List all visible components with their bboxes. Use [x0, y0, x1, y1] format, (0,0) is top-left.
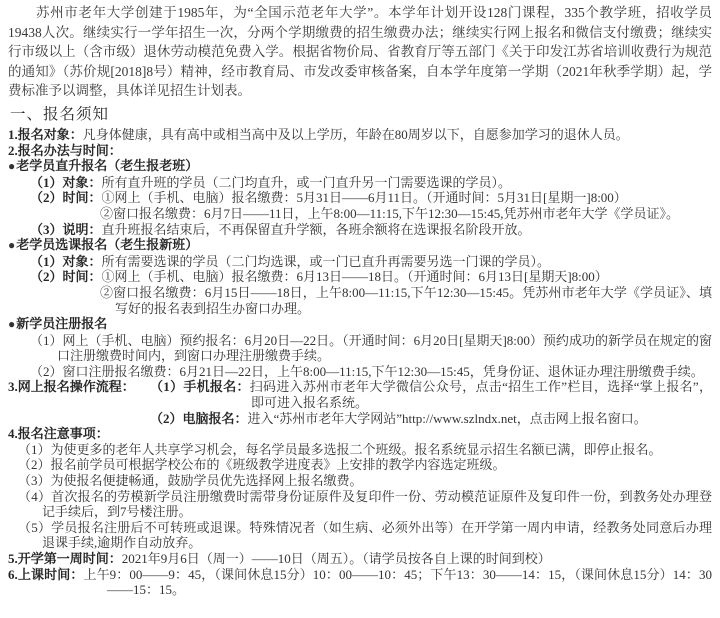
direct-object-label: （1）对象： — [30, 175, 102, 190]
direct-enroll-time: （2）时间：①网上（手机、电脑）报名缴费：5月31日——6月11日。（开通时间：… — [30, 190, 712, 206]
new-student-title-text: 新学员注册报名 — [16, 316, 107, 331]
direct-object-text: 所有直升班的学员（二门均直升，或一门直升另一门需要选课的学员）。 — [102, 175, 512, 190]
intro-paragraph: 苏州市老年大学创建于1985年，为“全国示范老年大学”。本学年计划开设128门课… — [8, 3, 712, 101]
pc-enroll-step: （2）电脑报名：进入“苏州市老年大学网站”http://www.szlndx.n… — [150, 411, 712, 427]
section-heading: 一、报名须知 — [10, 104, 712, 125]
direct-enroll-title: ●老学员直升报名（老生报老班） — [8, 158, 712, 175]
enroll-method-item: 2.报名办法与时间： — [8, 143, 712, 159]
direct-window-time: ②窗口报名缴费：6月7日——11日，上午8:00—11:15,下午12:30—1… — [100, 206, 712, 222]
elective-enroll-title: ●老学员选课报名（老生报新班） — [8, 237, 712, 254]
direct-enroll-note: （3）说明：直升班报名结束后，不再保留直升学额，各班余额将在选课报名阶段开放。 — [30, 222, 712, 238]
class-time-label: 6.上课时间： — [8, 567, 83, 582]
first-week-text: 2021年9月6日（周一）——10日（周五）。（请学员按各自上课的时间到校） — [122, 551, 551, 566]
direct-enroll-title-text: 老学员直升报名（老生报老班） — [16, 158, 198, 173]
online-flow-steps: （1）手机报名：扫码进入苏州市老年大学微信公众号，点击“招生工作”栏目，选择“掌… — [150, 379, 712, 426]
note-item-3: （3）为使报名便捷畅通，鼓励学员优先选择网上报名缴费。 — [18, 473, 712, 489]
new-student-title: ●新学员注册报名 — [8, 316, 712, 333]
new-student-online-label: （1） — [30, 333, 63, 348]
class-time-item: 6.上课时间：上午9：00——9：45，（课间休息15分）10：00——10：4… — [8, 567, 712, 598]
new-student-online-text: 网上（手机、电脑）预约报名：6月20日—22日。（开通时间：6月20日[星期天]… — [57, 333, 712, 364]
elective-enroll-time: （2）时间：①网上（手机、电脑）报名缴费：6月13日——18日。（开通时间：6月… — [30, 269, 712, 285]
first-week-label: 5.开学第一周时间： — [8, 551, 122, 566]
new-student-window-label: （2） — [30, 364, 63, 379]
notes-title: 4.报名注意事项： — [8, 426, 712, 442]
online-flow-label: 3.网上报名操作流程： — [8, 379, 150, 426]
phone-enroll-text: 扫码进入苏州市老年大学微信公众号，点击“招生工作”栏目，选择“掌上报名”，即可进… — [250, 379, 712, 410]
new-student-online-item: （1）网上（手机、电脑）预约报名：6月20日—22日。（开通时间：6月20日[星… — [30, 333, 712, 364]
enrollment-notice-page: { "colors": { "background": "#ffffff", "… — [0, 0, 720, 618]
enroll-target-text: 凡身体健康，具有高中或相当高中及以上学历，年龄在80周岁以下，自愿参加学习的退休… — [83, 127, 629, 142]
note-item-2: （2）报名前学员可根据学校公布的《班级教学进度表》上安排的教学内容选定班级。 — [18, 457, 712, 473]
direct-enroll-object: （1）对象：所有直升班的学员（二门均直升，或一门直升另一门需要选课的学员）。 — [30, 175, 712, 191]
direct-time-text: ①网上（手机、电脑）报名缴费：5月31日——6月11日。（开通时间：5月31日[… — [102, 190, 627, 205]
bullet-icon: ● — [8, 317, 15, 331]
enroll-target-item: 1.报名对象：凡身体健康，具有高中或相当高中及以上学历，年龄在80周岁以下，自愿… — [8, 127, 712, 143]
new-student-window-item: （2）窗口注册报名缴费：6月21日—22日，上午8:00—11:15,下午12:… — [30, 364, 712, 380]
phone-enroll-step: （1）手机报名：扫码进入苏州市老年大学微信公众号，点击“招生工作”栏目，选择“掌… — [150, 379, 712, 410]
elective-enroll-object: （1）对象：所有需要选课的学员（二门均选课，或一门已直升再需要另选一门课的学员）… — [30, 254, 712, 270]
note-item-4: （4）首次报名的劳模新学员注册缴费时需带身份证原件及复印件一份、劳动模范证原件及… — [18, 489, 712, 520]
direct-note-text: 直升班报名结束后，不再保留直升学额，各班余额将在选课报名阶段开放。 — [102, 222, 531, 237]
pc-enroll-label: （2）电脑报名： — [150, 411, 248, 426]
bullet-icon: ● — [8, 159, 15, 173]
direct-time-label: （2）时间： — [30, 190, 102, 205]
note-item-5: （5）学员报名注册后不可转班或退课。特殊情况者（如生病、必须外出等）在开学第一周… — [18, 520, 712, 551]
bullet-icon: ● — [8, 238, 15, 252]
elective-window-time: ②窗口报名缴费：6月15日——18日，上午8:00—11:15,下午12:30—… — [100, 285, 712, 316]
note-item-1: （1）为使更多的老年人共享学习机会，每名学员最多选报二个班级。报名系统显示招生名… — [18, 442, 712, 458]
direct-note-label: （3）说明： — [30, 222, 102, 237]
first-week-item: 5.开学第一周时间：2021年9月6日（周一）——10日（周五）。（请学员按各自… — [8, 551, 712, 567]
enroll-target-label: 1.报名对象： — [8, 127, 83, 142]
new-student-window-text: 窗口注册报名缴费：6月21日—22日，上午8:00—11:15,下午12:30—… — [63, 364, 704, 379]
pc-enroll-text: 进入“苏州市老年大学网站”http://www.szlndx.net，点击网上报… — [248, 411, 647, 426]
enroll-method-label: 2.报名办法与时间： — [8, 143, 122, 158]
elective-time-label: （2）时间： — [30, 269, 102, 284]
elective-enroll-title-text: 老学员选课报名（老生报新班） — [16, 237, 198, 252]
document-body: 苏州市老年大学创建于1985年，为“全国示范老年大学”。本学年计划开设128门课… — [0, 0, 720, 598]
notes-title-label: 4.报名注意事项： — [8, 426, 109, 441]
online-flow-item: 3.网上报名操作流程： （1）手机报名：扫码进入苏州市老年大学微信公众号，点击“… — [8, 379, 712, 426]
elective-object-text: 所有需要选课的学员（二门均选课，或一门已直升再需要另选一门课的学员）。 — [102, 254, 551, 269]
phone-enroll-label: （1）手机报名： — [150, 379, 250, 394]
elective-object-label: （1）对象： — [30, 254, 102, 269]
elective-time-text: ①网上（手机、电脑）报名缴费：6月13日——18日。（开通时间：6月13日[星期… — [102, 269, 608, 284]
class-time-text: 上午9：00——9：45，（课间休息15分）10：00——10：45；下午13：… — [83, 567, 712, 598]
